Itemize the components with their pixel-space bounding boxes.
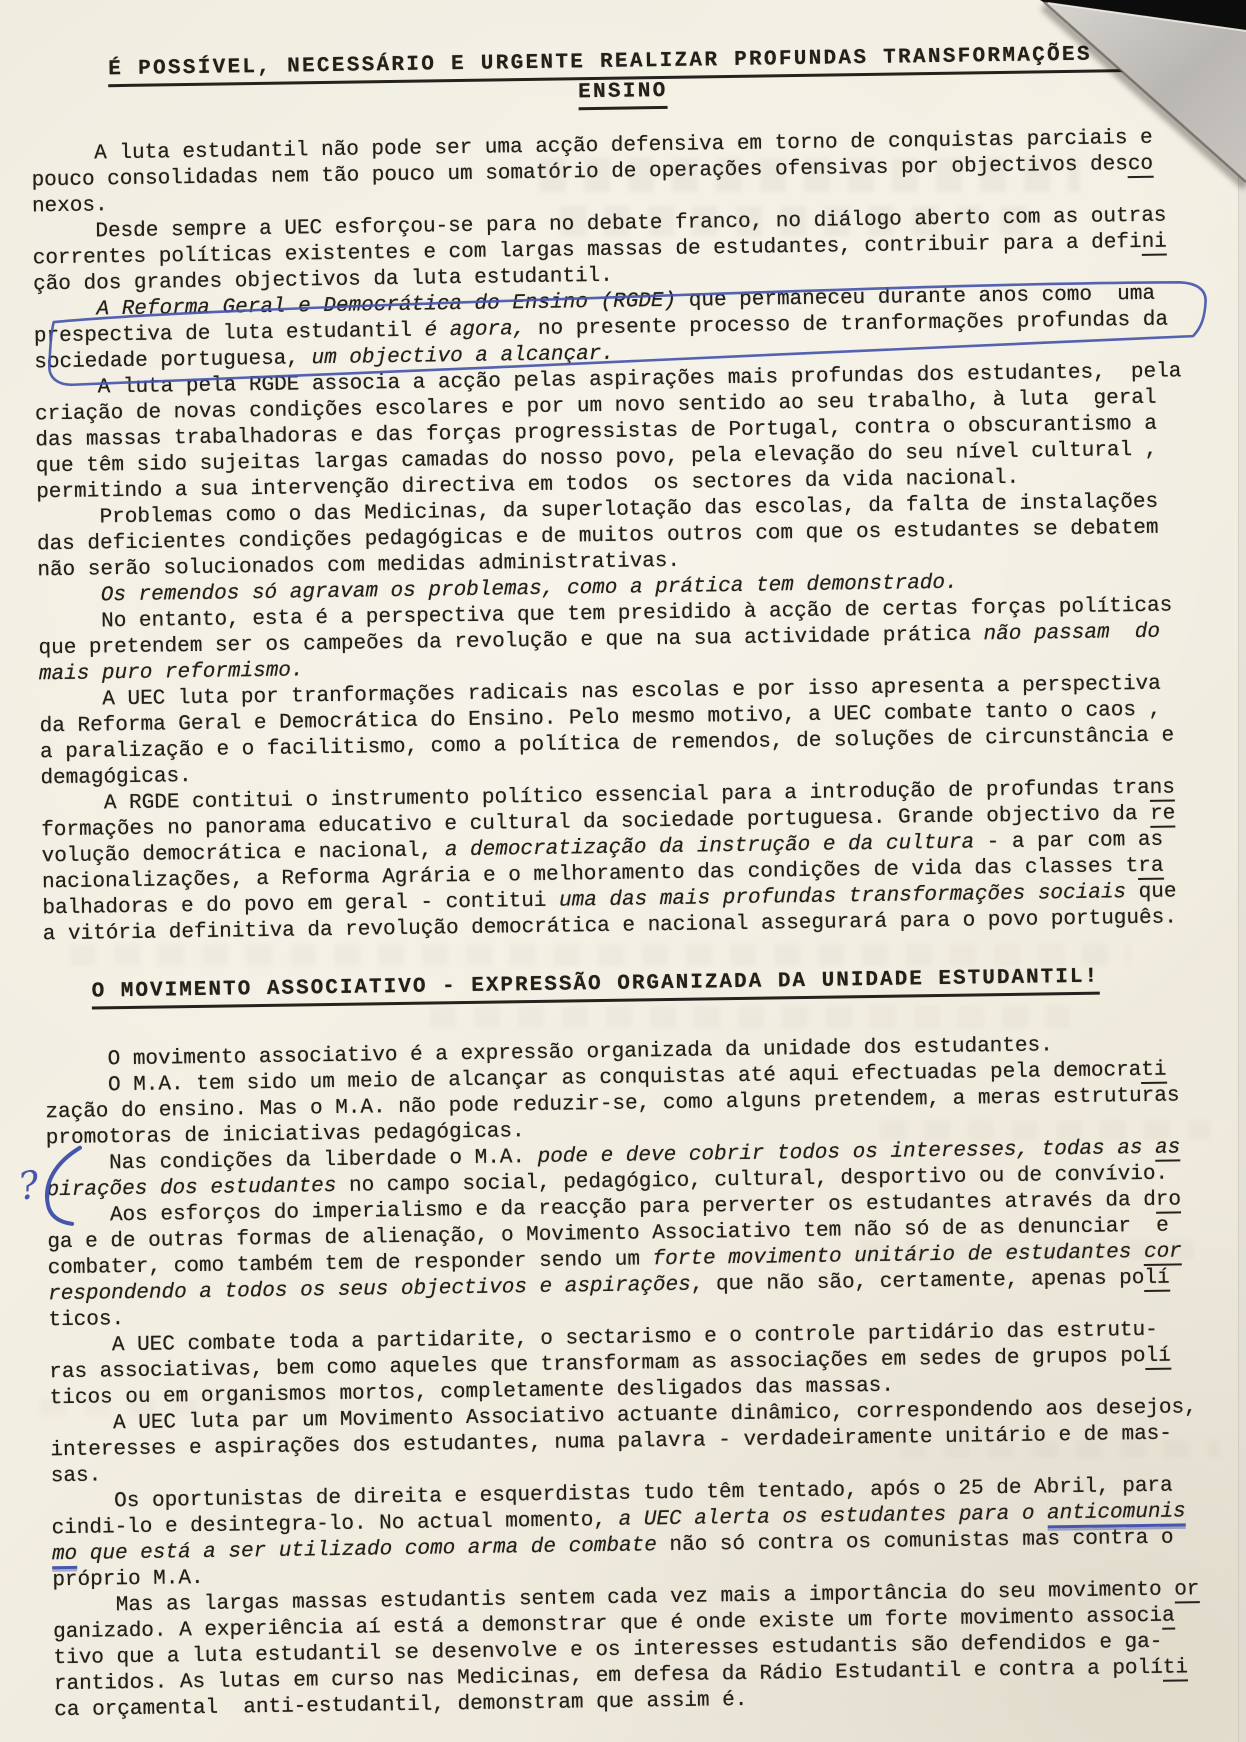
typed-text: volução democrática e nacional, (41, 839, 445, 868)
typed-text: ENSINO (578, 80, 668, 110)
section-heading-2: O MOVIMENTO ASSOCIATIVO - EXPRESSÃO ORGA… (91, 961, 1228, 1008)
typed-text: co (1128, 153, 1154, 178)
typed-text: não só contra os comunistas mas contra o (657, 1527, 1174, 1558)
typed-text: ticos. (48, 1308, 124, 1332)
para-9: A RGDE contitui o instrumento político e… (41, 775, 1228, 949)
typed-text (33, 298, 96, 322)
scanned-page: É POSSÍVEL, NECESSÁRIO E URGENTE REALIZA… (0, 0, 1246, 1742)
para-8: A UEC luta por tranformações radicais na… (39, 671, 1225, 793)
typed-text: sas. (51, 1464, 102, 1488)
typed-text: cor (1144, 1240, 1182, 1266)
para-13: Aos esforços do imperialismo e da reacçã… (47, 1187, 1234, 1335)
typed-text: ra (1138, 855, 1164, 880)
typed-text: um objectivo a alcançar. (311, 343, 614, 370)
typed-text: a (1162, 1605, 1175, 1630)
text-line: O MOVIMENTO ASSOCIATIVO - EXPRESSÃO ORGA… (91, 961, 1228, 1008)
typed-text: não passam do (983, 621, 1160, 647)
blue-underlined-text: mo (52, 1543, 78, 1569)
typed-text: sociedade portuguesa, (34, 347, 312, 374)
main-title: É POSSÍVEL, NECESSÁRIO E URGENTE REALIZA… (30, 39, 1216, 117)
typed-text: O MOVIMENTO ASSOCIATIVO - EXPRESSÃO ORGA… (91, 966, 1099, 1010)
para-4: A luta pela RGDE associa a acção pelas a… (35, 359, 1222, 507)
typed-text: pirações dos estudantes (46, 1175, 336, 1202)
typed-text: lí (1144, 1267, 1170, 1292)
typed-text: as (1155, 1136, 1181, 1161)
typed-text (38, 584, 101, 608)
typed-text: próprio M.A. (52, 1567, 204, 1592)
typed-text: ti (1163, 1656, 1189, 1681)
para-17: Mas as largas massas estudantis sentem c… (53, 1577, 1240, 1725)
typed-text: nexos. (32, 194, 108, 218)
typed-text: - a par com as (974, 829, 1163, 855)
typed-text: lí (1145, 1345, 1171, 1370)
typed-text: ti (1141, 1059, 1167, 1084)
document-text: É POSSÍVEL, NECESSÁRIO E URGENTE REALIZA… (30, 39, 1240, 1724)
typed-text: ro (1156, 1188, 1182, 1213)
typed-text: demagógicas. (40, 765, 192, 790)
typed-text: ns (1150, 776, 1176, 801)
typed-text: que (1126, 880, 1177, 904)
typed-text: or (1174, 1578, 1200, 1603)
page-content: É POSSÍVEL, NECESSÁRIO E URGENTE REALIZA… (0, 0, 1246, 1742)
question-mark-annotation: ? (15, 1162, 43, 1209)
typed-text: re (1150, 802, 1176, 827)
blue-underlined-text: anticomunis (1047, 1500, 1186, 1528)
typed-text: é agora, (424, 318, 525, 342)
typed-text: mais puro reformismo. (39, 659, 304, 686)
para-16: Os oportunistas de direita e esquerdista… (51, 1473, 1237, 1595)
typed-text: , que não são, certamente, apenas po (691, 1267, 1145, 1297)
typed-text: ni (1141, 231, 1167, 256)
typed-text: prespectiva de luta estudantil (34, 320, 425, 349)
